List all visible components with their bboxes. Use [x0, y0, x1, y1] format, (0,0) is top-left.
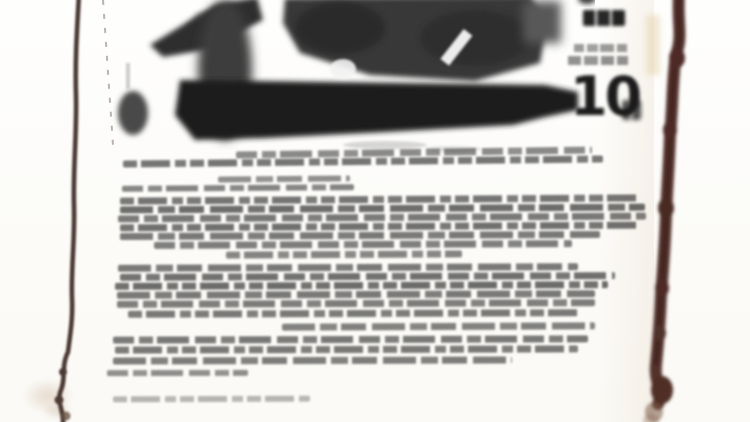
text-line	[120, 204, 645, 214]
text-line	[120, 222, 640, 232]
text-line	[117, 299, 595, 308]
text-line	[115, 281, 608, 290]
text-line	[123, 155, 603, 167]
text-line	[118, 213, 646, 223]
text-line	[120, 231, 600, 240]
scanned-document-photo: 10	[0, 0, 750, 422]
text-line	[107, 370, 248, 376]
text-line	[115, 345, 578, 353]
text-line	[117, 290, 595, 299]
text-line	[282, 322, 595, 330]
text-line	[218, 175, 350, 182]
text-line	[122, 184, 354, 192]
text-line	[113, 396, 310, 403]
text-line	[120, 272, 615, 281]
text-line	[226, 250, 462, 258]
text-line	[128, 309, 578, 318]
text-line	[118, 263, 578, 272]
text-line	[113, 356, 512, 364]
text-line	[120, 194, 640, 204]
text-line	[154, 240, 572, 249]
text-line	[113, 335, 588, 343]
typewritten-text-block	[0, 0, 750, 422]
